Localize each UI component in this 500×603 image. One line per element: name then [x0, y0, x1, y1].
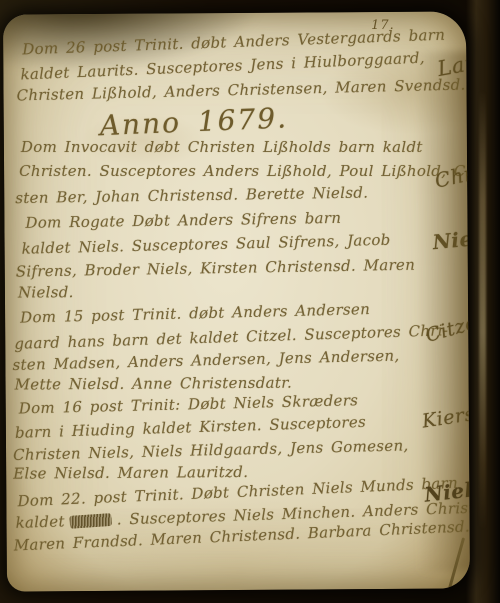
- margin-note: Lau: [436, 50, 470, 81]
- register-entry-line: Nielsd.: [18, 285, 74, 300]
- register-entry-line: Dom Rogate Døbt Anders Sifrens barn: [25, 211, 341, 231]
- book-pages-edge: [479, 90, 486, 530]
- register-entry-line: kaldet Niels. Susceptores Saul Sifrens, …: [21, 233, 390, 257]
- year-heading: Anno 1679.: [99, 101, 288, 142]
- margin-note: Citzel: [423, 310, 470, 347]
- register-entry-line: Dom 16 post Trinit: Døbt Niels Skræders: [19, 393, 359, 416]
- margin-note: Kiersten: [421, 398, 470, 432]
- register-entry-line: sten Madsen, Anders Andersen, Jens Ander…: [12, 348, 399, 372]
- margin-note: Christen: [433, 150, 470, 193]
- register-entry-line: Dom Invocavit døbt Christen Lißholds bar…: [21, 140, 423, 155]
- register-entry-line: Else Nielsd. Maren Lauritzd.: [13, 465, 248, 482]
- register-entry-line: Mette Nielsd. Anne Christensdatr.: [15, 376, 293, 393]
- ink-slash-mark: [446, 537, 465, 591]
- manuscript-page: 17. Dom 26 post Trinit. døbt Anders Vest…: [3, 11, 470, 591]
- manuscript-photo: 17. Dom 26 post Trinit. døbt Anders Vest…: [0, 0, 500, 603]
- register-entry-line: Christen Lißhold, Anders Christensen, Ma…: [16, 77, 465, 103]
- register-entry-line-part: kaldet: [15, 514, 65, 531]
- register-entry-line: Sifrens, Broder Niels, Kirsten Christens…: [16, 258, 416, 280]
- register-entry-line: Dom 15 post Trinit. døbt Anders Andersen: [20, 302, 370, 326]
- register-entry-line: Christen. Susceptores Anders Lißhold, Po…: [19, 164, 470, 179]
- margin-note: Niels: [432, 225, 470, 255]
- crossed-out-scribble: [69, 513, 112, 529]
- register-entry-line: sten Ber, Johan Christensd. Berette Niel…: [15, 186, 368, 207]
- register-entry-line: barn i Hiuding kaldet Kirsten. Susceptor…: [15, 415, 366, 441]
- register-entry-line: Christen Niels, Niels Hildgaards, Jens G…: [13, 438, 409, 463]
